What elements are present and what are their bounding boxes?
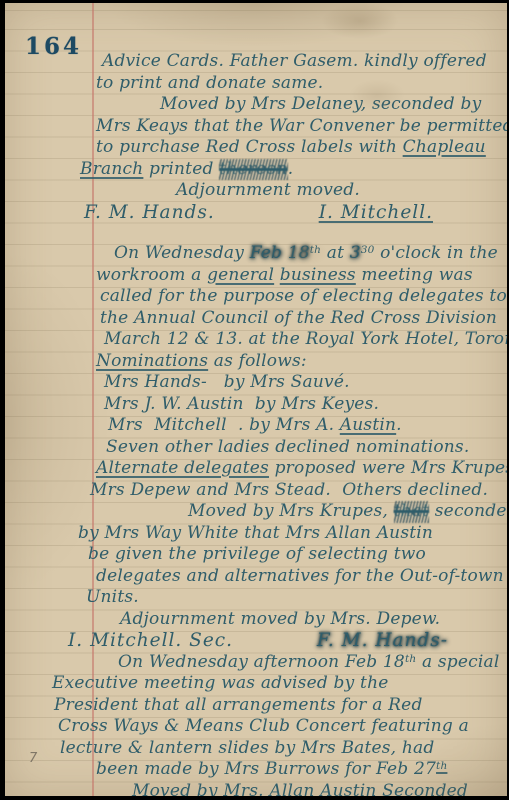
- handwritten-text: Feb 18: [250, 243, 310, 265]
- handwritten-line: Adjournment moved by Mrs. Depew.: [120, 609, 503, 631]
- handwritten-text: Mrs Keays that the War Convener be permi…: [96, 116, 507, 138]
- handwritten-text: I. Mitchell.: [319, 202, 433, 224]
- handwritten-text: Units.: [86, 587, 139, 609]
- handwritten-line: Advice Cards. Father Gasem. kindly offer…: [102, 51, 503, 73]
- handwritten-text: I. Mitchell. Sec.: [68, 630, 233, 652]
- handwritten-line: Units.: [86, 587, 503, 609]
- handwritten-line: On Wednesday Feb 18th at 330 o'clock in …: [114, 243, 503, 265]
- handwritten-line: lecture & lantern slides by Mrs Bates, h…: [60, 738, 503, 760]
- handwritten-text: th: [436, 759, 447, 773]
- handwritten-text: proposed were Mrs Krupes,: [269, 458, 507, 480]
- handwritten-minutes-body: Advice Cards. Father Gasem. kindly offer…: [5, 3, 507, 796]
- handwritten-text: Moved by Mrs. Allan Austin Seconded: [132, 781, 468, 797]
- handwritten-line: March 12 & 13. at the Royal York Hotel, …: [104, 329, 503, 351]
- handwritten-line: Mrs Keays that the War Convener be permi…: [96, 116, 503, 138]
- handwritten-line: On Wednesday afternoon Feb 18th a specia…: [118, 652, 503, 674]
- handwritten-text: delegates and alternatives for the Out-o…: [96, 566, 504, 588]
- handwritten-text: .: [396, 415, 402, 437]
- handwritten-line: delegates and alternatives for the Out-o…: [96, 566, 503, 588]
- handwritten-text: On Wednesday afternoon Feb 18: [118, 652, 405, 674]
- handwritten-text: be given the privilege of selecting two: [88, 544, 426, 566]
- handwritten-text: On Wednesday: [114, 243, 250, 265]
- handwritten-text: business: [280, 265, 356, 287]
- handwritten-line: Moved by Mrs Delaney, seconded by: [160, 94, 503, 116]
- handwritten-text: .: [288, 159, 294, 181]
- handwritten-text: Chapleau: [403, 137, 486, 159]
- handwritten-line: President that all arrangements for a Re…: [54, 695, 503, 717]
- handwritten-text: called for the purpose of electing deleg…: [100, 286, 507, 308]
- pencil-margin-mark: 7: [29, 751, 37, 766]
- handwritten-text: F. M. Hands-: [317, 630, 448, 652]
- handwritten-text: thereon: [219, 159, 288, 181]
- handwritten-text: th: [310, 243, 321, 257]
- handwritten-text: general: [207, 265, 274, 287]
- handwritten-text: at: [321, 243, 350, 265]
- handwritten-text: 3: [350, 243, 361, 265]
- handwritten-text: been made by Mrs Burrows for Feb 27: [96, 759, 436, 781]
- handwritten-text: Mrs Mitchell . by Mrs A.: [108, 415, 340, 437]
- handwritten-text: President that all arrangements for a Re…: [54, 695, 423, 717]
- handwritten-text: Moved by Mrs Krupes,: [188, 501, 394, 523]
- handwritten-text: that: [394, 501, 430, 523]
- handwritten-line: the Annual Council of the Red Cross Divi…: [100, 308, 503, 330]
- handwritten-line: Mrs Mitchell . by Mrs A. Austin.: [108, 415, 503, 437]
- handwritten-text: a special: [416, 652, 499, 674]
- handwritten-line: F. M. Hands.I. Mitchell.: [84, 202, 503, 224]
- handwritten-line: called for the purpose of electing deleg…: [100, 286, 503, 308]
- handwritten-text: Mrs Hands- by Mrs Sauvé.: [104, 372, 350, 394]
- handwritten-text: 30: [361, 243, 375, 257]
- handwritten-text: workroom a: [96, 265, 207, 287]
- handwritten-text: Seven other ladies declined nominations.: [106, 437, 469, 459]
- handwritten-text: Executive meeting was advised by the: [52, 673, 388, 695]
- handwritten-text: Austin: [340, 415, 396, 437]
- handwritten-text: Nominations: [96, 351, 208, 373]
- handwritten-text: th: [405, 652, 416, 666]
- handwritten-text: Adjournment moved.: [176, 180, 360, 202]
- handwritten-text: to purchase Red Cross labels with: [96, 137, 403, 159]
- handwritten-text: by Mrs Way White that Mrs Allan Austin: [78, 523, 433, 545]
- handwritten-text: printed: [143, 159, 219, 181]
- handwritten-line: workroom a general business meeting was: [96, 265, 503, 287]
- handwritten-text: Mrs J. W. Austin by Mrs Keyes.: [104, 394, 379, 416]
- handwritten-text: meeting was: [356, 265, 473, 287]
- handwritten-line: Moved by Mrs. Allan Austin Seconded: [132, 781, 503, 797]
- handwritten-line: been made by Mrs Burrows for Feb 27th: [96, 759, 503, 781]
- handwritten-line: Seven other ladies declined nominations.: [106, 437, 503, 459]
- handwritten-line: to print and donate same.: [96, 73, 503, 95]
- handwritten-text: Alternate delegates: [96, 458, 269, 480]
- handwritten-line: Alternate delegates proposed were Mrs Kr…: [96, 458, 503, 480]
- handwritten-line: Mrs Hands- by Mrs Sauvé.: [104, 372, 503, 394]
- handwritten-line: Nominations as follows:: [96, 351, 503, 373]
- handwritten-line: Mrs J. W. Austin by Mrs Keyes.: [104, 394, 503, 416]
- handwritten-text: F. M. Hands.: [84, 202, 215, 224]
- handwritten-line: by Mrs Way White that Mrs Allan Austin: [78, 523, 503, 545]
- handwritten-text: Adjournment moved by Mrs. Depew.: [120, 609, 440, 631]
- ledger-page: 164 Advice Cards. Father Gasem. kindly o…: [5, 3, 507, 796]
- handwritten-line: Executive meeting was advised by the: [52, 673, 503, 695]
- handwritten-text: as follows:: [208, 351, 307, 373]
- handwritten-text: seconded: [429, 501, 507, 523]
- handwritten-text: Branch: [80, 159, 143, 181]
- handwritten-text: Moved by Mrs Delaney, seconded by: [160, 94, 481, 116]
- handwritten-text: to print and donate same.: [96, 73, 323, 95]
- handwritten-text: March 12 & 13. at the Royal York Hotel, …: [104, 329, 507, 351]
- handwritten-text: lecture & lantern slides by Mrs Bates, h…: [60, 738, 434, 760]
- handwritten-text: Advice Cards. Father Gasem. kindly offer…: [102, 51, 487, 73]
- handwritten-line: Adjournment moved.: [176, 180, 503, 202]
- scanned-minute-book-photo: { "meta": { "page_number": "164", "margi…: [0, 0, 509, 800]
- handwritten-line: Branch printed thereon.: [80, 159, 503, 181]
- handwritten-text: Mrs Depew and Mrs Stead. Others declined…: [90, 480, 488, 502]
- handwritten-line: Cross Ways & Means Club Concert featurin…: [58, 716, 503, 738]
- handwritten-line: I. Mitchell. Sec.F. M. Hands-: [68, 630, 503, 652]
- handwritten-text: Cross Ways & Means Club Concert featurin…: [58, 716, 469, 738]
- handwritten-line: Mrs Depew and Mrs Stead. Others declined…: [90, 480, 503, 502]
- handwritten-line: to purchase Red Cross labels with Chaple…: [96, 137, 503, 159]
- handwritten-line: Moved by Mrs Krupes, that seconded: [188, 501, 503, 523]
- handwritten-text: the Annual Council of the Red Cross Divi…: [100, 308, 497, 330]
- handwritten-line: be given the privilege of selecting two: [88, 544, 503, 566]
- handwritten-text: o'clock in the: [375, 243, 498, 265]
